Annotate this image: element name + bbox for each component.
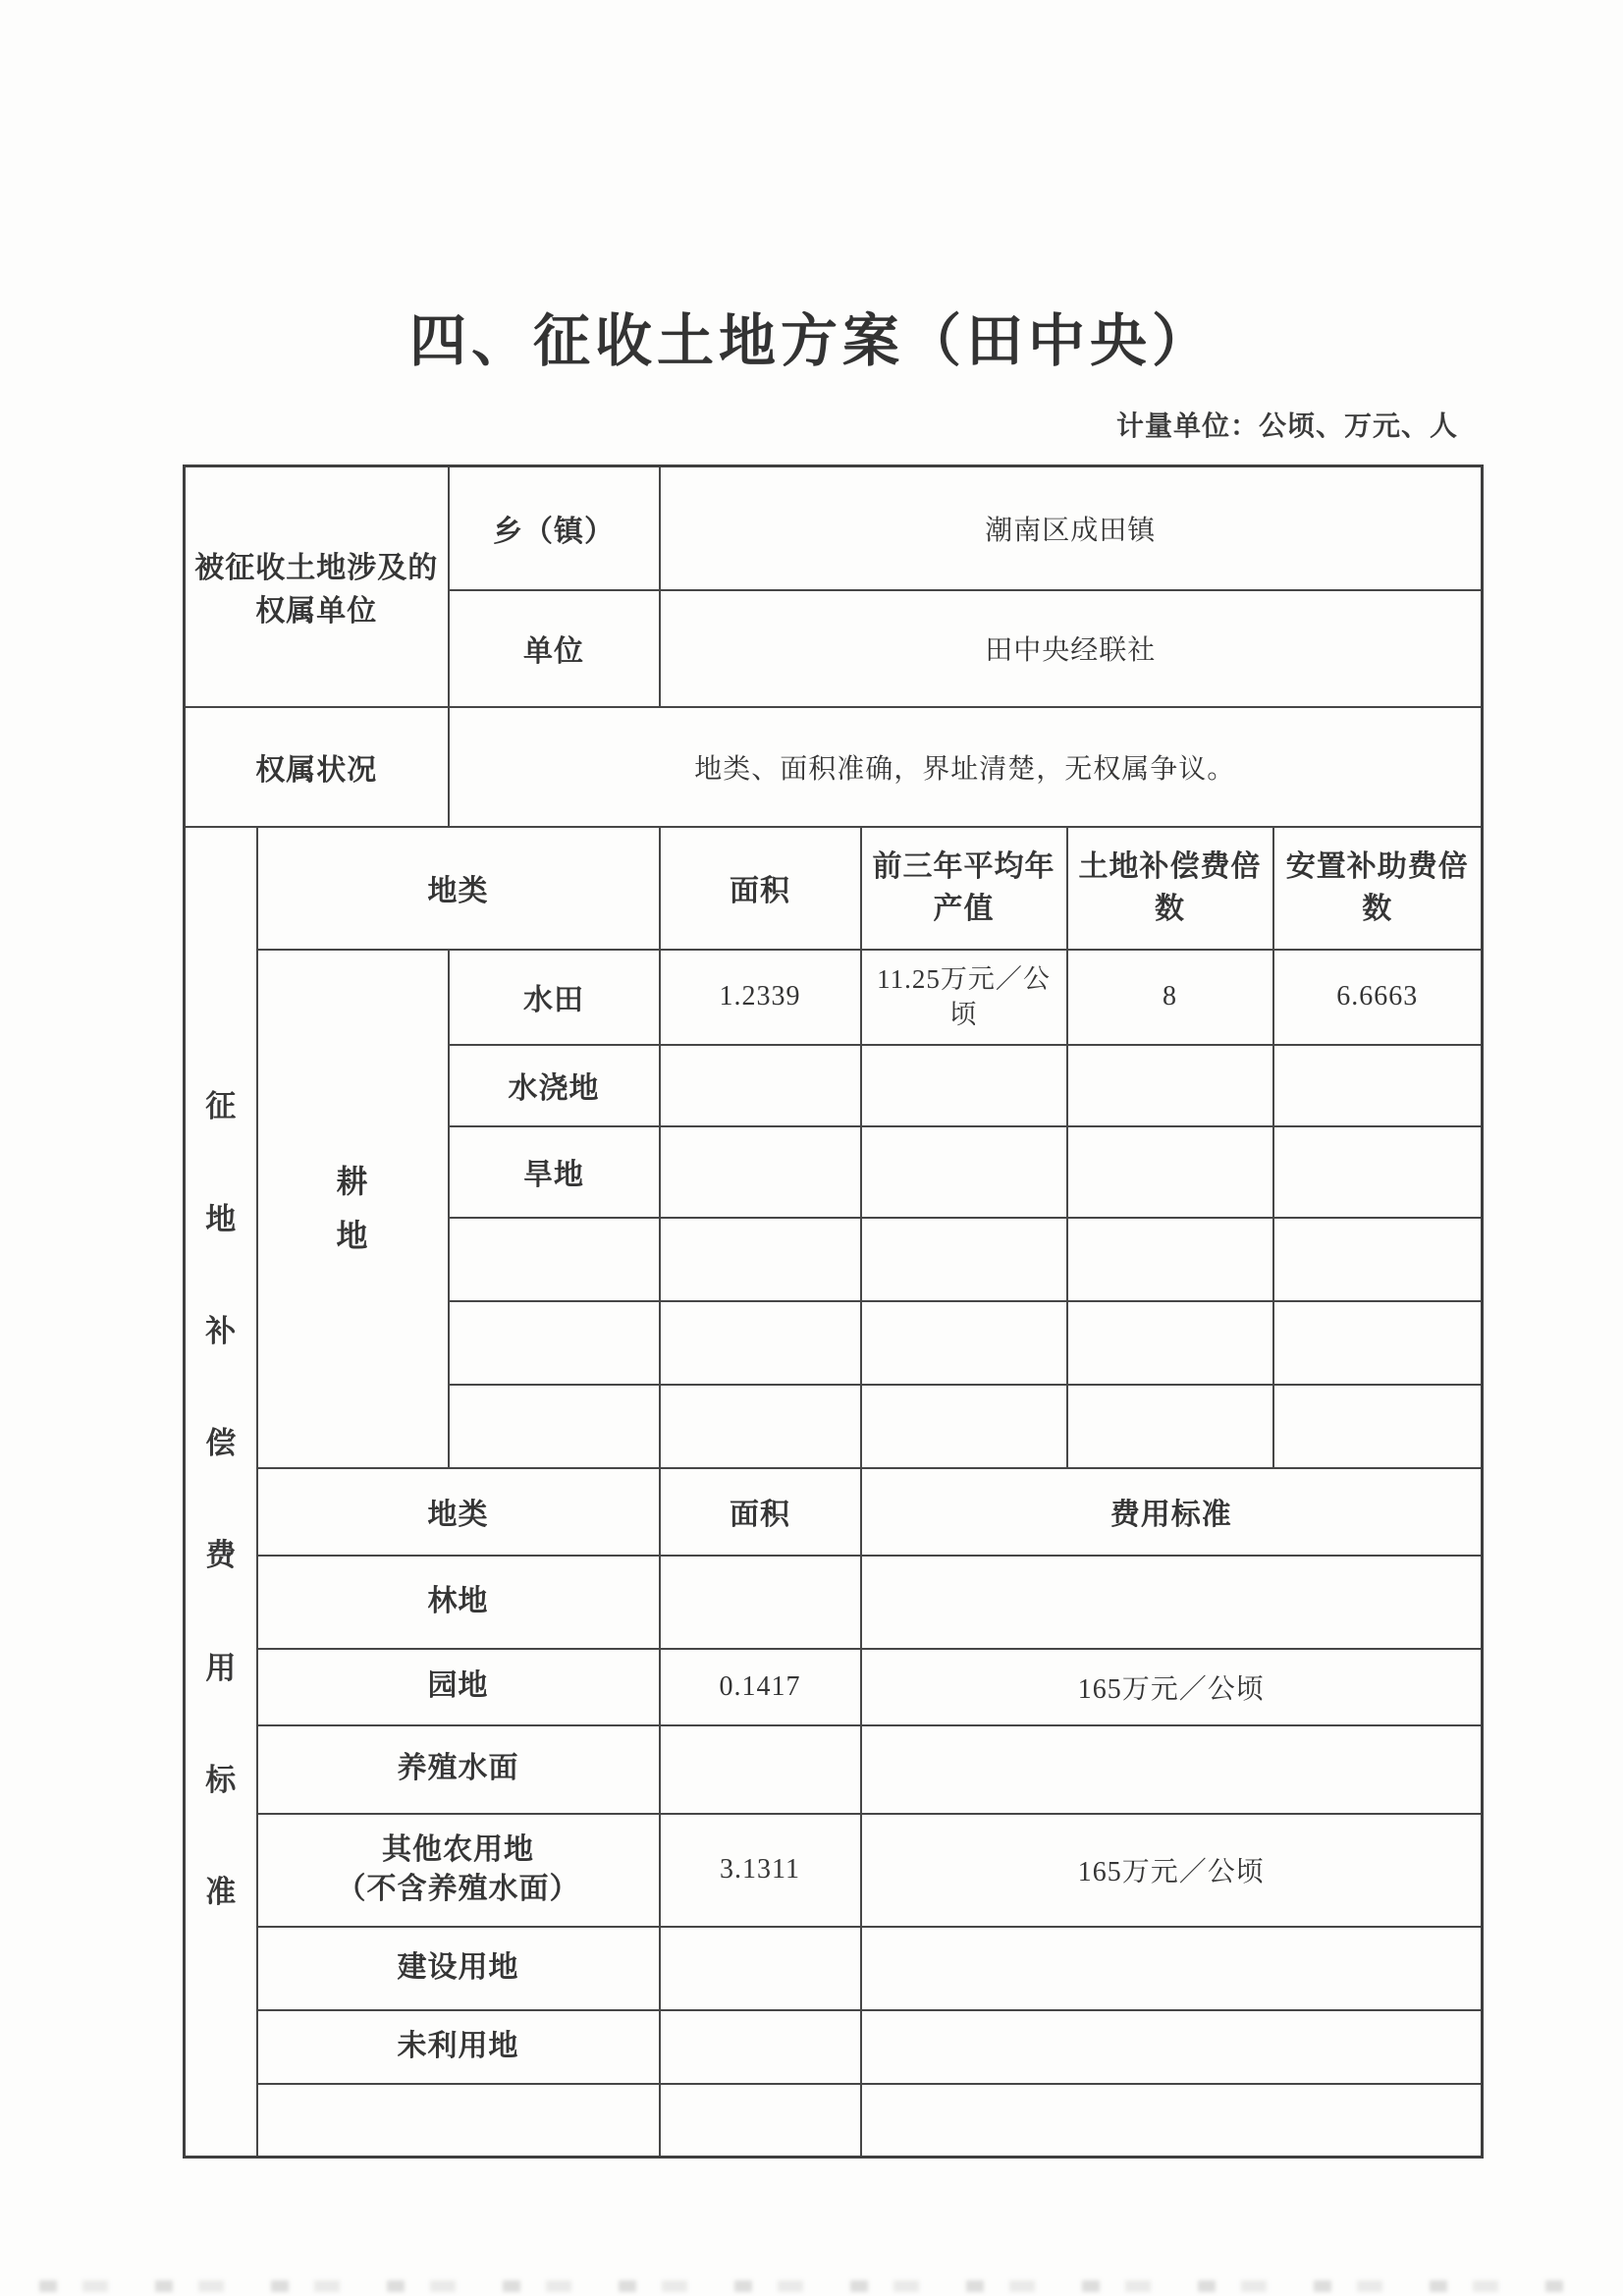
- row-ownership-status: 权属状况 地类、面积准确，界址清楚，无权属争议。: [185, 707, 1483, 827]
- row-construction-land: 建设用地: [185, 1927, 1483, 2010]
- header-annual-output: 前三年平均年产值: [861, 827, 1067, 950]
- empty-cell: [1067, 1301, 1273, 1385]
- other-agricultural-fee-cell: 165万元／公顷: [861, 1814, 1483, 1927]
- unused-area-cell: [660, 2010, 861, 2084]
- blank-fee-cell: [861, 2084, 1483, 2158]
- orchard-area-cell: 0.1417: [660, 1649, 861, 1725]
- row-orchard-land: 园地 0.1417 165万元／公顷: [185, 1649, 1483, 1725]
- empty-cell: [660, 1218, 861, 1301]
- dry-land-multiple-cell: [1067, 1126, 1273, 1218]
- row-blank-last: [185, 2084, 1483, 2158]
- side-label-char: 用: [205, 1643, 236, 1687]
- dry-type-cell: 旱地: [449, 1126, 660, 1218]
- dry-resettlement-cell: [1273, 1126, 1483, 1218]
- page-title: 四、征收土地方案（田中央）: [0, 295, 1623, 377]
- row-aquaculture-water: 养殖水面: [185, 1725, 1483, 1814]
- row-forest-land: 林地: [185, 1556, 1483, 1649]
- empty-cell: [861, 1385, 1067, 1468]
- construction-type-cell: 建设用地: [257, 1927, 660, 2010]
- forest-fee-cell: [861, 1556, 1483, 1649]
- side-label-vertical: 征 地 补 偿 费 用 标 准: [191, 1081, 250, 1911]
- aquaculture-area-cell: [660, 1725, 861, 1814]
- units-note: 计量单位：公顷、万元、人: [1116, 405, 1458, 444]
- paddy-resettlement-cell: 6.6663: [1273, 950, 1483, 1045]
- orchard-fee-cell: 165万元／公顷: [861, 1649, 1483, 1725]
- row-header-other: 地类 面积 费用标准: [185, 1468, 1483, 1556]
- unused-type-cell: 未利用地: [257, 2010, 660, 2084]
- other-agricultural-type-cell: 其他农用地 （不含养殖水面）: [257, 1814, 660, 1927]
- header2-fee-standard: 费用标准: [861, 1468, 1483, 1556]
- dry-output-cell: [861, 1126, 1067, 1218]
- scan-artifact: [39, 2280, 1584, 2292]
- scanned-document-page: 四、征收土地方案（田中央） 计量单位：公顷、万元、人 被征收土地涉及的权属单位 …: [0, 0, 1623, 2296]
- row-township: 被征收土地涉及的权属单位 乡（镇） 潮南区成田镇: [185, 466, 1483, 590]
- empty-cell: [861, 1301, 1067, 1385]
- side-label-char: 征: [205, 1081, 236, 1125]
- empty-cell: [1067, 1385, 1273, 1468]
- irrigated-area-cell: [660, 1045, 861, 1126]
- irrigated-output-cell: [861, 1045, 1067, 1126]
- irrigated-type-cell: 水浇地: [449, 1045, 660, 1126]
- other-agricultural-area-cell: 3.1311: [660, 1814, 861, 1927]
- ownership-unit-label-cell: 被征收土地涉及的权属单位: [185, 466, 449, 707]
- paddy-type-cell: 水田: [449, 950, 660, 1045]
- header-area: 面积: [660, 827, 861, 950]
- cultivated-land-label: 耕地: [335, 1155, 371, 1262]
- land-acquisition-table: 被征收土地涉及的权属单位 乡（镇） 潮南区成田镇 单位 田中央经联社 权属状况 …: [183, 465, 1484, 2159]
- empty-cell: [1273, 1385, 1483, 1468]
- empty-type-cell: [449, 1301, 660, 1385]
- unused-fee-cell: [861, 2010, 1483, 2084]
- header2-area: 面积: [660, 1468, 861, 1556]
- paddy-land-multiple-cell: 8: [1067, 950, 1273, 1045]
- side-label-char: 偿: [205, 1418, 236, 1462]
- unit-value-cell: 田中央经联社: [660, 590, 1483, 707]
- ownership-status-label-cell: 权属状况: [185, 707, 449, 827]
- empty-type-cell: [449, 1218, 660, 1301]
- dry-area-cell: [660, 1126, 861, 1218]
- empty-cell: [1273, 1218, 1483, 1301]
- header-land-compensation-multiple: 土地补偿费倍数: [1067, 827, 1273, 950]
- side-label-cell: 征 地 补 偿 费 用 标 准: [185, 827, 257, 2158]
- side-label-char: 费: [205, 1530, 236, 1574]
- aquaculture-fee-cell: [861, 1725, 1483, 1814]
- row-paddy-field: 耕地 水田 1.2339 11.25万元／公顷 8 6.6663: [185, 950, 1483, 1045]
- irrigated-land-multiple-cell: [1067, 1045, 1273, 1126]
- construction-fee-cell: [861, 1927, 1483, 2010]
- orchard-type-cell: 园地: [257, 1649, 660, 1725]
- side-label-char: 地: [205, 1194, 236, 1238]
- side-label-char: 标: [205, 1755, 236, 1799]
- township-label-cell: 乡（镇）: [449, 466, 660, 590]
- paddy-output-cell: 11.25万元／公顷: [861, 950, 1067, 1045]
- construction-area-cell: [660, 1927, 861, 2010]
- empty-cell: [660, 1385, 861, 1468]
- forest-type-cell: 林地: [257, 1556, 660, 1649]
- forest-area-cell: [660, 1556, 861, 1649]
- empty-cell: [660, 1301, 861, 1385]
- ownership-status-value-cell: 地类、面积准确，界址清楚，无权属争议。: [449, 707, 1483, 827]
- empty-cell: [1273, 1301, 1483, 1385]
- header2-land-class: 地类: [257, 1468, 660, 1556]
- unit-label-cell: 单位: [449, 590, 660, 707]
- side-label-char: 准: [205, 1867, 236, 1911]
- header-land-class: 地类: [257, 827, 660, 950]
- empty-cell: [861, 1218, 1067, 1301]
- irrigated-resettlement-cell: [1273, 1045, 1483, 1126]
- blank-area-cell: [660, 2084, 861, 2158]
- row-other-agricultural-land: 其他农用地 （不含养殖水面） 3.1311 165万元／公顷: [185, 1814, 1483, 1927]
- row-header-cultivated: 征 地 补 偿 费 用 标 准 地类 面积 前三年平均年产值 土地补偿费倍数 安…: [185, 827, 1483, 950]
- aquaculture-type-cell: 养殖水面: [257, 1725, 660, 1814]
- blank-type-cell: [257, 2084, 660, 2158]
- header-resettlement-subsidy-multiple: 安置补助费倍数: [1273, 827, 1483, 950]
- township-value-cell: 潮南区成田镇: [660, 466, 1483, 590]
- cultivated-land-cell: 耕地: [257, 950, 449, 1468]
- row-unused-land: 未利用地: [185, 2010, 1483, 2084]
- paddy-area-cell: 1.2339: [660, 950, 861, 1045]
- empty-type-cell: [449, 1385, 660, 1468]
- empty-cell: [1067, 1218, 1273, 1301]
- side-label-char: 补: [205, 1306, 236, 1350]
